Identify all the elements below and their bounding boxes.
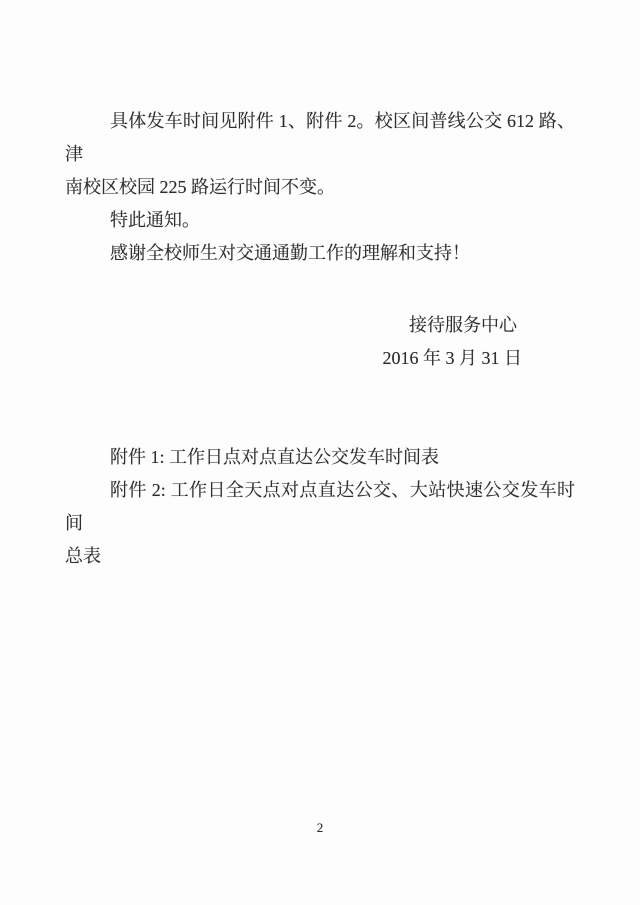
signature-organization: 接待服务中心 <box>65 309 575 342</box>
attachment-1-entry: 附件 1: 工作日点对点直达公交发车时间表 <box>65 441 575 474</box>
attachment-2-entry-line-1: 附件 2: 工作日全天点对点直达公交、大站快速公交发车时间 <box>65 474 575 540</box>
attachment-2-entry-line-2: 总表 <box>65 540 575 573</box>
blank-line <box>65 375 575 408</box>
blank-line <box>65 270 575 303</box>
blank-line <box>65 408 575 441</box>
signature-date: 2016 年 3 月 31 日 <box>65 342 575 375</box>
document-body: 具体发车时间见附件 1、附件 2。校区间普线公交 612 路、津 南校区校园 2… <box>65 105 575 573</box>
body-paragraph-2: 特此通知。 <box>65 204 575 237</box>
body-paragraph-1-line-2: 南校区校园 225 路运行时间不变。 <box>65 171 575 204</box>
body-paragraph-3: 感谢全校师生对交通通勤工作的理解和支持！ <box>65 237 575 270</box>
body-paragraph-1-line-1: 具体发车时间见附件 1、附件 2。校区间普线公交 612 路、津 <box>65 105 575 171</box>
page-number: 2 <box>0 820 640 836</box>
document-page: 具体发车时间见附件 1、附件 2。校区间普线公交 612 路、津 南校区校园 2… <box>0 0 640 905</box>
